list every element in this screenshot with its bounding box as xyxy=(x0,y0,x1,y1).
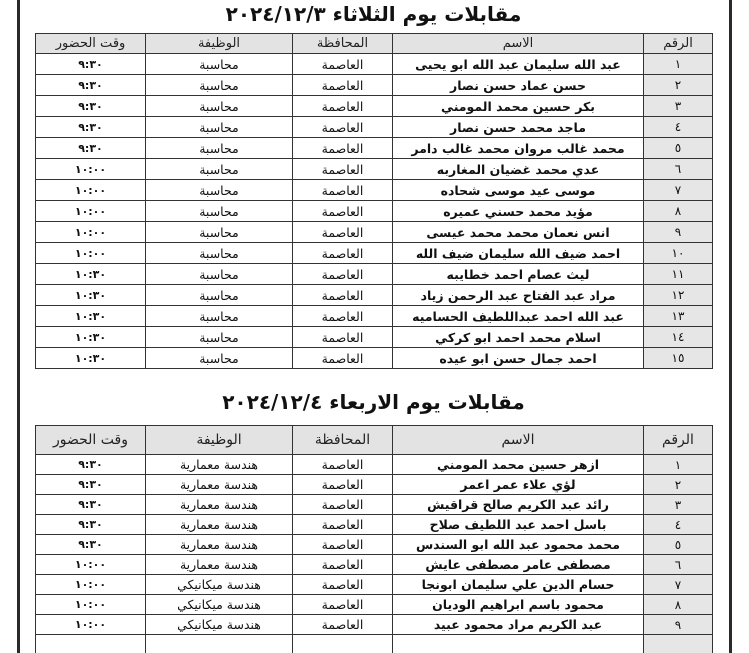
job-title: محاسبة xyxy=(146,138,293,159)
job-title: محاسبة xyxy=(146,117,293,138)
row-number: ٥ xyxy=(644,138,713,159)
page-frame-right-border xyxy=(729,0,732,653)
table-row: ٦عدي محمد غضيان المغاربهالعاصمةمحاسبة١٠:… xyxy=(36,159,713,180)
row-number: ١٠ xyxy=(644,243,713,264)
governorate: العاصمة xyxy=(293,455,393,475)
candidate-name: مؤيد محمد حسني عميره xyxy=(393,201,644,222)
job-title: محاسبة xyxy=(146,54,293,75)
candidate-name: حسام الدين علي سليمان ابونجا xyxy=(393,575,644,595)
attendance-time: ٩:٣٠ xyxy=(36,495,146,515)
attendance-time: ٩:٣٠ xyxy=(36,117,146,138)
candidate-name: عدي محمد غضيان المغاربه xyxy=(393,159,644,180)
column-header-number: الرقم xyxy=(644,34,713,54)
job-title: هندسة ميكانيكي xyxy=(146,595,293,615)
governorate: العاصمة xyxy=(293,201,393,222)
governorate: العاصمة xyxy=(293,54,393,75)
attendance-time: ٩:٣٠ xyxy=(36,535,146,555)
job-title: محاسبة xyxy=(146,159,293,180)
row-number: ٢ xyxy=(644,75,713,96)
table-row: ١عبد الله سليمان عبد الله ابو يحيىالعاصم… xyxy=(36,54,713,75)
governorate: العاصمة xyxy=(293,264,393,285)
candidate-name: محمد غالب مروان محمد غالب دامر xyxy=(393,138,644,159)
column-header-job: الوظيفة xyxy=(146,34,293,54)
row-number: ٨ xyxy=(644,595,713,615)
governorate: العاصمة xyxy=(293,515,393,535)
job-title: محاسبة xyxy=(146,243,293,264)
row-number: ٩ xyxy=(644,222,713,243)
job-title: هندسة معمارية xyxy=(146,455,293,475)
attendance-time: ٩:٣٠ xyxy=(36,75,146,96)
candidate-name: بكر حسين محمد المومني xyxy=(393,96,644,117)
row-number: ٧ xyxy=(644,180,713,201)
attendance-time: ١٠:٠٠ xyxy=(36,222,146,243)
row-number: ٨ xyxy=(644,201,713,222)
row-number: ٣ xyxy=(644,96,713,117)
table-row: ١٤اسلام محمد احمد ابو كركيالعاصمةمحاسبة١… xyxy=(36,327,713,348)
candidate-name: موسى عيد موسى شحاده xyxy=(393,180,644,201)
table-row: ٣رائد عبد الكريم صالح قراقيشالعاصمةهندسة… xyxy=(36,495,713,515)
table-row: ٨مؤيد محمد حسني عميرهالعاصمةمحاسبة١٠:٠٠ xyxy=(36,201,713,222)
attendance-time: ١٠:٠٠ xyxy=(36,243,146,264)
attendance-time: ٩:٣٠ xyxy=(36,54,146,75)
page-frame-left-border xyxy=(17,0,20,653)
job-title: هندسة معمارية xyxy=(146,555,293,575)
governorate: العاصمة xyxy=(293,243,393,264)
table-row: ١ازهر حسين محمد المومنيالعاصمةهندسة معما… xyxy=(36,455,713,475)
row-number: ٥ xyxy=(644,535,713,555)
candidate-name: مراد عبد الفتاح عبد الرحمن زياد xyxy=(393,285,644,306)
table-row: ٢لؤي علاء عمر اعمرالعاصمةهندسة معمارية٩:… xyxy=(36,475,713,495)
candidate-name: عبد الكريم مراد محمود عبيد xyxy=(393,615,644,635)
attendance-time: ٩:٣٠ xyxy=(36,138,146,159)
governorate: العاصمة xyxy=(293,495,393,515)
job-title: هندسة معمارية xyxy=(146,495,293,515)
row-number: ١١ xyxy=(644,264,713,285)
governorate: العاصمة xyxy=(293,75,393,96)
governorate: العاصمة xyxy=(293,475,393,495)
attendance-time: ١٠:٠٠ xyxy=(36,180,146,201)
governorate: العاصمة xyxy=(293,96,393,117)
attendance-time: ١٠:٠٠ xyxy=(36,595,146,615)
column-header-governorate: المحافظة xyxy=(293,426,393,455)
job-title: هندسة ميكانيكي xyxy=(146,615,293,635)
governorate xyxy=(293,635,393,653)
governorate: العاصمة xyxy=(293,138,393,159)
attendance-time: ١٠:٣٠ xyxy=(36,327,146,348)
attendance-time: ١٠:٣٠ xyxy=(36,306,146,327)
row-number: ٦ xyxy=(644,159,713,180)
governorate: العاصمة xyxy=(293,159,393,180)
governorate: العاصمة xyxy=(293,555,393,575)
table-header-row: الرقم الاسم المحافظة الوظيفة وقت الحضور xyxy=(36,34,713,54)
candidate-name: لؤي علاء عمر اعمر xyxy=(393,475,644,495)
candidate-name: ليث عصام احمد خطايبه xyxy=(393,264,644,285)
governorate: العاصمة xyxy=(293,348,393,369)
candidate-name: انس نعمان محمد محمد عيسى xyxy=(393,222,644,243)
governorate: العاصمة xyxy=(293,285,393,306)
attendance-time: ١٠:٠٠ xyxy=(36,201,146,222)
attendance-time: ١٠:٣٠ xyxy=(36,348,146,369)
candidate-name: احمد ضيف الله سليمان ضيف الله xyxy=(393,243,644,264)
table-row: ٦مصطفى عامر مصطفى عايشالعاصمةهندسة معمار… xyxy=(36,555,713,575)
job-title: محاسبة xyxy=(146,96,293,117)
governorate: العاصمة xyxy=(293,117,393,138)
candidate-name: احمد جمال حسن ابو عيده xyxy=(393,348,644,369)
table-row: ٤ماجد محمد حسن نصارالعاصمةمحاسبة٩:٣٠ xyxy=(36,117,713,138)
job-title: محاسبة xyxy=(146,327,293,348)
row-number: ١٤ xyxy=(644,327,713,348)
row-number: ١٢ xyxy=(644,285,713,306)
column-header-job: الوظيفة xyxy=(146,426,293,455)
governorate: العاصمة xyxy=(293,615,393,635)
governorate: العاصمة xyxy=(293,180,393,201)
table-row: ٤باسل احمد عبد اللطيف صلاحالعاصمةهندسة م… xyxy=(36,515,713,535)
interview-table-wednesday: الرقم الاسم المحافظة الوظيفة وقت الحضور … xyxy=(35,425,713,653)
attendance-time: ٩:٣٠ xyxy=(36,515,146,535)
candidate-name: محمد محمود عبد الله ابو السندس xyxy=(393,535,644,555)
job-title: هندسة معمارية xyxy=(146,475,293,495)
row-number xyxy=(644,635,713,653)
candidate-name: اسلام محمد احمد ابو كركي xyxy=(393,327,644,348)
table-row: ٨محمود باسم ابراهيم الوديانالعاصمةهندسة … xyxy=(36,595,713,615)
candidate-name: عبد الله احمد عبداللطيف الحساميه xyxy=(393,306,644,327)
table-row: ٢حسن عماد حسن نصارالعاصمةمحاسبة٩:٣٠ xyxy=(36,75,713,96)
governorate: العاصمة xyxy=(293,306,393,327)
attendance-time xyxy=(36,635,146,653)
table-row: ٣بكر حسين محمد المومنيالعاصمةمحاسبة٩:٣٠ xyxy=(36,96,713,117)
column-header-name: الاسم xyxy=(393,34,644,54)
row-number: ١٣ xyxy=(644,306,713,327)
attendance-time: ١٠:٠٠ xyxy=(36,555,146,575)
table-row xyxy=(36,635,713,653)
table-row: ٥محمد غالب مروان محمد غالب دامرالعاصمةمح… xyxy=(36,138,713,159)
attendance-time: ٩:٣٠ xyxy=(36,475,146,495)
candidate-name: ماجد محمد حسن نصار xyxy=(393,117,644,138)
job-title: هندسة معمارية xyxy=(146,535,293,555)
row-number: ١ xyxy=(644,54,713,75)
job-title: محاسبة xyxy=(146,180,293,201)
candidate-name: حسن عماد حسن نصار xyxy=(393,75,644,96)
job-title: هندسة ميكانيكي xyxy=(146,575,293,595)
row-number: ١ xyxy=(644,455,713,475)
table-header-row: الرقم الاسم المحافظة الوظيفة وقت الحضور xyxy=(36,426,713,455)
candidate-name xyxy=(393,635,644,653)
row-number: ٩ xyxy=(644,615,713,635)
row-number: ١٥ xyxy=(644,348,713,369)
table-row: ٩عبد الكريم مراد محمود عبيدالعاصمةهندسة … xyxy=(36,615,713,635)
table-row: ١٥احمد جمال حسن ابو عيدهالعاصمةمحاسبة١٠:… xyxy=(36,348,713,369)
column-header-attendance-time: وقت الحضور xyxy=(36,34,146,54)
governorate: العاصمة xyxy=(293,327,393,348)
section-title-wednesday: مقابلات يوم الاربعاء ٢٠٢٤/١٢/٤ xyxy=(35,390,712,414)
candidate-name: عبد الله سليمان عبد الله ابو يحيى xyxy=(393,54,644,75)
job-title xyxy=(146,635,293,653)
attendance-time: ١٠:٠٠ xyxy=(36,575,146,595)
job-title: محاسبة xyxy=(146,306,293,327)
row-number: ٧ xyxy=(644,575,713,595)
section-title-tuesday: مقابلات يوم الثلاثاء ٢٠٢٤/١٢/٣ xyxy=(35,2,712,26)
governorate: العاصمة xyxy=(293,575,393,595)
attendance-time: ٩:٣٠ xyxy=(36,96,146,117)
table-row: ١٠احمد ضيف الله سليمان ضيف اللهالعاصمةمح… xyxy=(36,243,713,264)
governorate: العاصمة xyxy=(293,595,393,615)
job-title: هندسة معمارية xyxy=(146,515,293,535)
job-title: محاسبة xyxy=(146,348,293,369)
row-number: ٤ xyxy=(644,515,713,535)
column-header-name: الاسم xyxy=(393,426,644,455)
table-row: ٩انس نعمان محمد محمد عيسىالعاصمةمحاسبة١٠… xyxy=(36,222,713,243)
job-title: محاسبة xyxy=(146,264,293,285)
governorate: العاصمة xyxy=(293,222,393,243)
column-header-governorate: المحافظة xyxy=(293,34,393,54)
job-title: محاسبة xyxy=(146,285,293,306)
attendance-time: ١٠:٠٠ xyxy=(36,615,146,635)
table-row: ١٢مراد عبد الفتاح عبد الرحمن زيادالعاصمة… xyxy=(36,285,713,306)
candidate-name: باسل احمد عبد اللطيف صلاح xyxy=(393,515,644,535)
row-number: ٤ xyxy=(644,117,713,138)
row-number: ٢ xyxy=(644,475,713,495)
attendance-time: ١٠:٣٠ xyxy=(36,285,146,306)
table-row: ١٣عبد الله احمد عبداللطيف الحساميهالعاصم… xyxy=(36,306,713,327)
governorate: العاصمة xyxy=(293,535,393,555)
table-row: ٧حسام الدين علي سليمان ابونجاالعاصمةهندس… xyxy=(36,575,713,595)
job-title: محاسبة xyxy=(146,75,293,96)
candidate-name: ازهر حسين محمد المومني xyxy=(393,455,644,475)
table-row: ٧موسى عيد موسى شحادهالعاصمةمحاسبة١٠:٠٠ xyxy=(36,180,713,201)
attendance-time: ٩:٣٠ xyxy=(36,455,146,475)
table-row: ١١ليث عصام احمد خطايبهالعاصمةمحاسبة١٠:٣٠ xyxy=(36,264,713,285)
attendance-time: ١٠:٣٠ xyxy=(36,264,146,285)
column-header-number: الرقم xyxy=(644,426,713,455)
row-number: ٣ xyxy=(644,495,713,515)
attendance-time: ١٠:٠٠ xyxy=(36,159,146,180)
job-title: محاسبة xyxy=(146,222,293,243)
table-row: ٥محمد محمود عبد الله ابو السندسالعاصمةهن… xyxy=(36,535,713,555)
candidate-name: محمود باسم ابراهيم الوديان xyxy=(393,595,644,615)
job-title: محاسبة xyxy=(146,201,293,222)
row-number: ٦ xyxy=(644,555,713,575)
interview-table-tuesday: الرقم الاسم المحافظة الوظيفة وقت الحضور … xyxy=(35,33,713,369)
column-header-attendance-time: وقت الحضور xyxy=(36,426,146,455)
candidate-name: رائد عبد الكريم صالح قراقيش xyxy=(393,495,644,515)
candidate-name: مصطفى عامر مصطفى عايش xyxy=(393,555,644,575)
